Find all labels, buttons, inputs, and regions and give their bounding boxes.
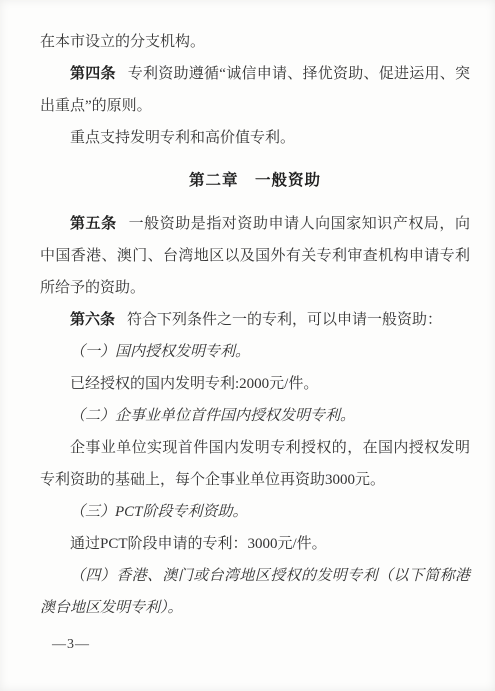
article-paragraph: 第五条一般资助是指对资助申请人向国家知识产权局，向中国香港、澳门、台湾地区以及国… (40, 208, 470, 304)
item-paragraph: （四）香港、澳门或台湾地区授权的发明专利（以下简称港澳台地区发明专利）。 (40, 560, 470, 624)
article-number-label: 第六条 (70, 311, 115, 328)
body-paragraph: 在本市设立的分支机构。 (40, 26, 470, 58)
article-number-label: 第四条 (70, 65, 116, 82)
item-paragraph: （一）国内授权发明专利。 (40, 336, 470, 368)
page-number: —3— (52, 634, 470, 656)
article-paragraph: 第六条符合下列条件之一的专利，可以申请一般资助： (40, 304, 470, 336)
article-number-label: 第五条 (70, 215, 117, 232)
article-paragraph: 第四条专利资助遵循“诚信申请、择优资助、促进运用、突出重点”的原则。 (40, 58, 470, 122)
item-paragraph: （二）企事业单位首件国内授权发明专利。 (40, 400, 470, 432)
chapter-heading: 第二章 一般资助 (40, 165, 470, 197)
body-paragraph: 企事业单位实现首件国内发明专利授权的，在国内授权发明专利资助的基础上，每个企事业… (40, 432, 470, 496)
paragraph-text: 符合下列条件之一的专利，可以申请一般资助： (127, 312, 442, 328)
document-content: 在本市设立的分支机构。第四条专利资助遵循“诚信申请、择优资助、促进运用、突出重点… (40, 26, 470, 624)
body-paragraph: 已经授权的国内发明专利:2000元/件。 (40, 368, 470, 400)
item-paragraph: （三）PCT阶段专利资助。 (40, 496, 470, 528)
document-page: 在本市设立的分支机构。第四条专利资助遵循“诚信申请、择优资助、促进运用、突出重点… (0, 0, 495, 691)
body-paragraph: 重点支持发明专利和高价值专利。 (40, 122, 470, 154)
body-paragraph: 通过PCT阶段申请的专利：3000元/件。 (40, 528, 470, 560)
